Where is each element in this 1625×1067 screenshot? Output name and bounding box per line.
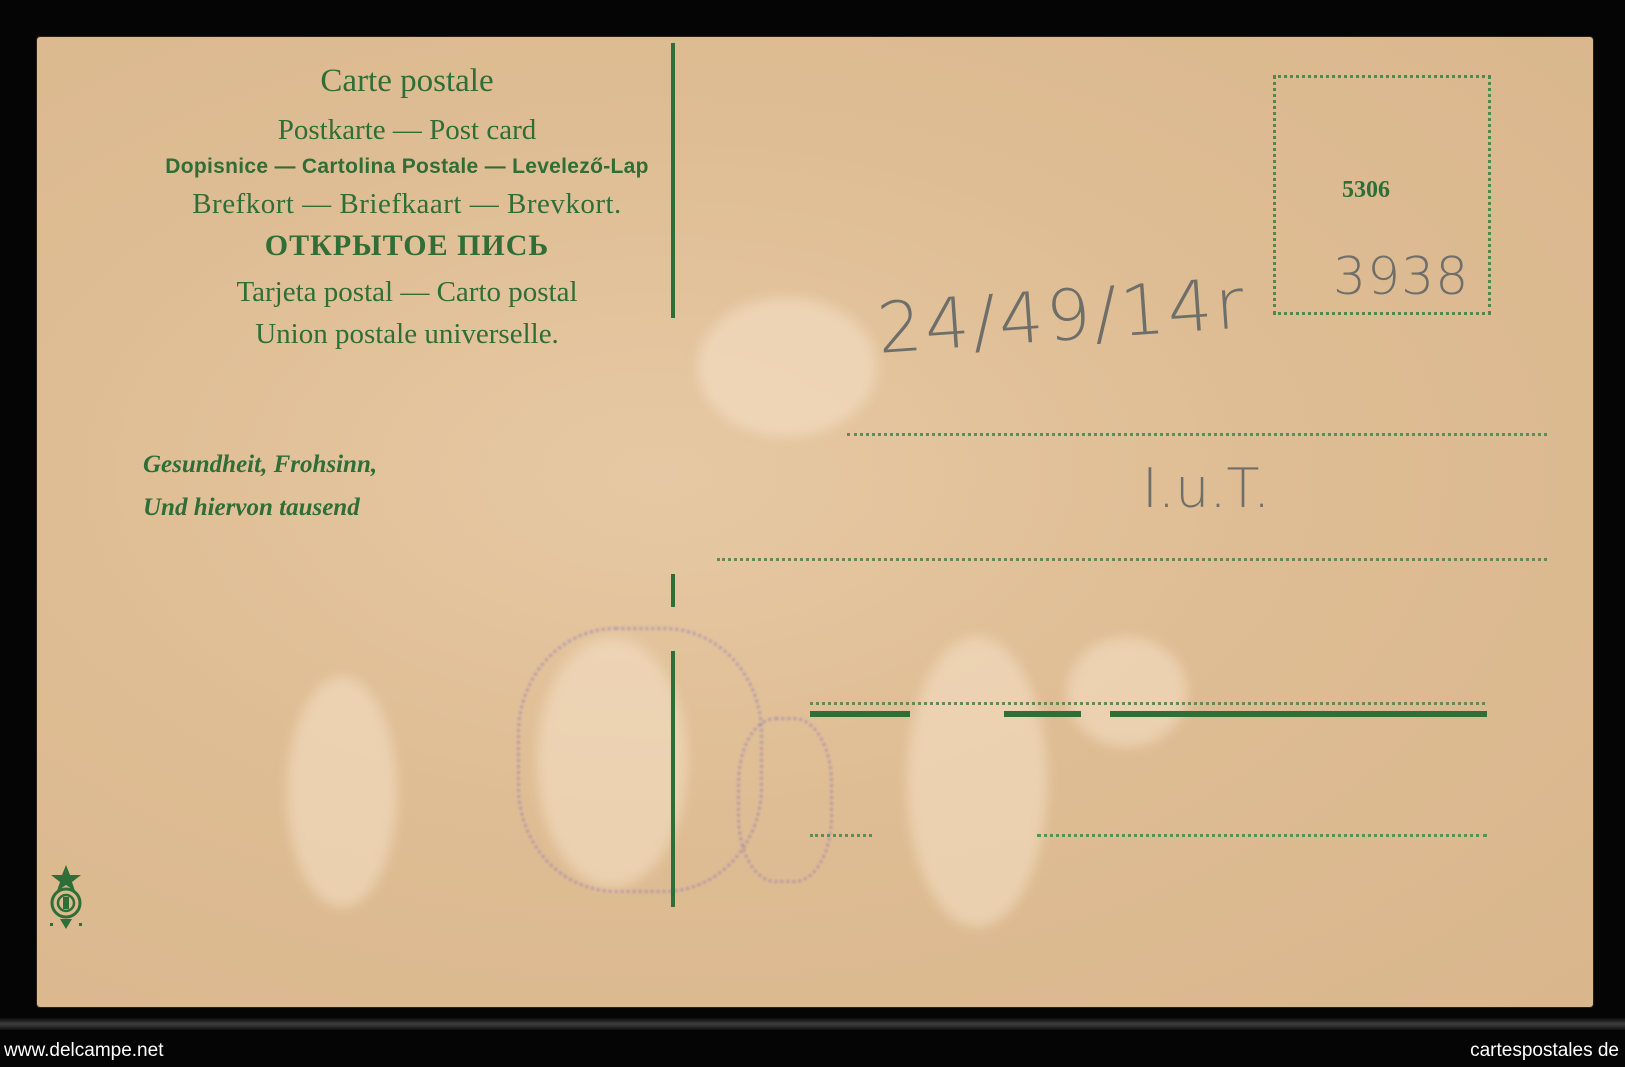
paper-stain: [287, 677, 397, 907]
paper-stain: [907, 637, 1047, 927]
verse-line-1: Gesundheit, Frohsinn,: [143, 451, 377, 479]
address-line-3-solid: [810, 711, 910, 717]
publisher-crest-icon: [47, 863, 85, 939]
heading-russian: ОТКРЫТОЕ ПИСЬ: [37, 229, 777, 263]
heading-brefkort: Brefkort — Briefkaart — Brevkort.: [37, 188, 777, 221]
heading-dopisnice: Dopisnice — Cartolina Postale — Levelező…: [37, 155, 777, 179]
violet-residue: [517, 627, 763, 893]
address-line-3-solid: [1151, 711, 1487, 717]
divider-line-top: [671, 43, 675, 318]
postcard-back: Carte postale Postkarte — Post card Dopi…: [37, 37, 1593, 1007]
address-line-4: [1037, 834, 1487, 837]
violet-residue: [737, 717, 833, 883]
divider-line-bottom: [671, 651, 675, 907]
paper-stain: [1067, 637, 1187, 747]
verse-line-2: Und hiervon tausend: [143, 494, 360, 522]
scanner-edge: [0, 1018, 1625, 1030]
heading-union-postale: Union postale universelle.: [37, 318, 777, 351]
address-line-3-solid: [1004, 711, 1081, 717]
address-line-4: [810, 834, 872, 837]
heading-postkarte: Postkarte — Post card: [37, 114, 777, 147]
address-line-3-dotted: [810, 702, 1485, 705]
address-line-2: [717, 558, 1547, 561]
pencil-date-note: 24/49/14r: [875, 262, 1250, 370]
pencil-inventory-number: 3938: [1333, 247, 1469, 307]
watermark-cartespostales: cartespostales de: [1470, 1040, 1619, 1062]
divider-line-mid: [671, 574, 675, 607]
address-line-1: [847, 433, 1547, 436]
stamp-box-number: 5306: [1342, 177, 1390, 204]
watermark-delcampe: www.delcampe.net: [4, 1040, 163, 1062]
heading-carte-postale: Carte postale: [37, 63, 777, 100]
pencil-initials: I.u.T.: [1142, 457, 1270, 520]
heading-tarjeta: Tarjeta postal — Carto postal: [37, 276, 777, 309]
